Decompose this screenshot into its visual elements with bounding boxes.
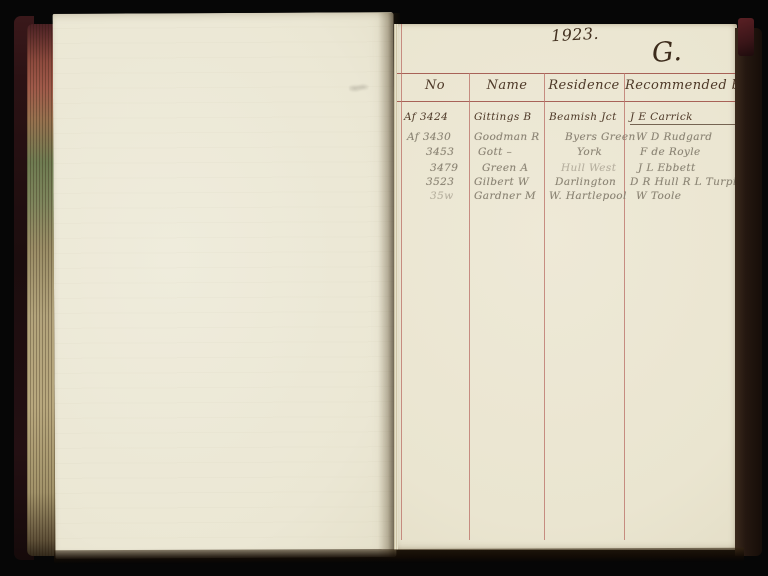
entry-no: Af 3424 [404, 111, 468, 123]
entry-no: Af 3430 [404, 131, 471, 143]
table-rule-left-margin [401, 24, 402, 540]
entry-recommended: J L Ebbett [630, 162, 744, 174]
entry-residence: Byers Green [549, 131, 643, 143]
entry-name: Green A [474, 162, 554, 174]
table-rule-header-bottom [397, 101, 735, 102]
left-blank-page [53, 12, 397, 559]
table-row: 35w Gardner M W. Hartlepool W Toole [394, 190, 737, 207]
year-heading: 1923. [530, 23, 621, 47]
bottom-page-shadow [54, 548, 744, 564]
entry-recommended: J E Carrick [630, 111, 736, 125]
right-cover-edge [735, 28, 762, 556]
entry-recommended: W Toole [630, 190, 742, 202]
table-row: 3453 Gott – York F de Royle [394, 146, 737, 163]
right-cover-corner [738, 18, 754, 56]
entry-name: Gittings B [474, 111, 546, 123]
entry-recommended: D R Hull R L Turpin [630, 176, 736, 188]
table-rule-top [397, 73, 735, 74]
entry-recommended: W D Rudgard [630, 131, 742, 143]
entry-residence: W. Hartlepool [549, 190, 627, 202]
column-header-no: No [404, 78, 466, 93]
pencil-smudge [349, 82, 369, 94]
column-header-recommended: Recommended by [625, 78, 735, 93]
column-header-name: Name [471, 78, 543, 93]
entry-residence: Beamish Jct [549, 111, 627, 123]
entry-residence: Darlington [549, 176, 633, 188]
column-header-residence: Residence [546, 78, 622, 93]
entry-name: Gott – [474, 146, 550, 158]
table-row: Af 3424 Gittings B Beamish Jct J E Carri… [394, 111, 737, 128]
entry-recommended: F de Royle [630, 146, 746, 158]
right-register-page: 1923. G. No Name Residence Recommended b… [394, 24, 737, 550]
entry-residence: Hull West [549, 162, 639, 174]
ledger-photo: 1923. G. No Name Residence Recommended b… [0, 0, 768, 576]
entry-name: Gardner M [474, 190, 546, 202]
entry-name: Gilbert W [474, 176, 546, 188]
entry-name: Goodman R [474, 131, 546, 143]
index-letter: G. [651, 36, 683, 69]
